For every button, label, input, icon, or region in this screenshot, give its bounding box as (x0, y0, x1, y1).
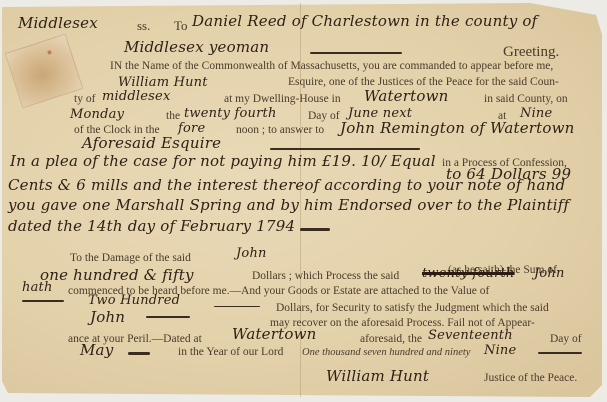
blank-line (128, 352, 150, 355)
county2-handwritten: middlesex (102, 89, 170, 104)
dated-day-handwritten: Seventeenth (428, 328, 513, 343)
year-handwritten: Nine (484, 343, 516, 358)
addressee-line2-handwritten: Middlesex yeoman (124, 38, 269, 56)
to-label: To (174, 18, 188, 34)
blank-line (538, 352, 582, 354)
recover-name-handwritten: John (90, 308, 125, 326)
plaintiff2-handwritten: Aforesaid Esquire (82, 134, 221, 152)
plea-line1-handwritten: In a plea of the case for not paying him… (10, 152, 436, 170)
blank-line (146, 316, 190, 318)
county-on-label: in said County, on (484, 93, 568, 105)
struck-text-handwritten: twenty fourth (422, 266, 515, 281)
blank-line (300, 228, 330, 231)
security-handwritten: Two Hundred (88, 293, 180, 308)
justice-handwritten: William Hunt (118, 75, 208, 90)
answer-label: noon ; to answer to (236, 124, 324, 136)
damage-name-handwritten: John (236, 246, 267, 261)
weekday-handwritten: Monday (70, 107, 124, 122)
process-label: Dollars ; which Process the said (252, 270, 399, 282)
dated-month-handwritten: May (80, 341, 113, 359)
plea-line4-handwritten: dated the 14th day of February 1794 (8, 217, 295, 235)
blank-line (22, 300, 64, 302)
addressee-handwritten: Daniel Reed of Charlestown in the county… (192, 12, 537, 30)
seal-stain (47, 50, 52, 55)
dwelling-label: at my Dwelling-House in (224, 93, 341, 105)
plaintiff-handwritten: John Remington of Watertown (340, 119, 575, 137)
damage-label: To the Damage of the said (70, 252, 191, 264)
commonwealth-line: IN the Name of the Commonwealth of Massa… (110, 60, 553, 72)
blank-line (310, 52, 402, 54)
aforesaid-label: aforesaid, the (360, 333, 422, 345)
dated-town-handwritten: Watertown (232, 325, 317, 343)
county-prefix: ty of (74, 93, 95, 105)
signature-handwritten: William Hunt (326, 367, 429, 385)
justice-title: Justice of the Peace. (484, 372, 577, 384)
year-italic-text: One thousand seven hundred and ninety (302, 347, 470, 358)
ss-label: ss. (137, 18, 150, 34)
sum-handwritten: one hundred & fifty (40, 266, 194, 284)
year-label: in the Year of our Lord (178, 346, 283, 358)
struck-name-handwritten: John (534, 266, 565, 281)
hath-handwritten: hath (22, 280, 53, 295)
day-of-label: Day of (308, 110, 340, 122)
town-handwritten: Watertown (364, 87, 449, 105)
day-handwritten: twenty fourth (184, 106, 277, 121)
security-line: Dollars, for Security to satisfy the Jud… (276, 302, 549, 314)
blank-line (270, 148, 420, 150)
plea-line2-handwritten: Cents & 6 mills and the interest thereof… (8, 176, 565, 194)
plea-line3-handwritten: you gave one Marshall Spring and by him … (8, 196, 569, 214)
blank-line (214, 306, 260, 307)
greeting-label: Greeting. (503, 44, 559, 61)
day-of-label-2: Day of (550, 333, 582, 345)
county-handwritten: Middlesex (18, 14, 98, 32)
